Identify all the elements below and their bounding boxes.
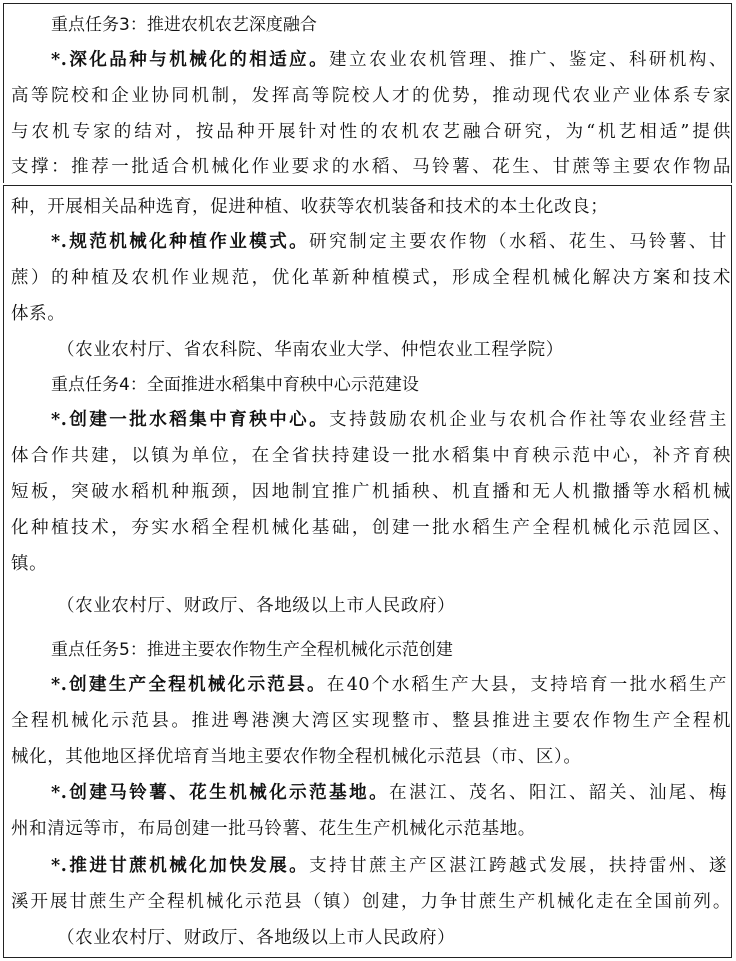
task4-responsible: （农业农村厅、财政厅、各地级以上市人民政府）: [57, 594, 455, 618]
item1-text: 建立农业农机管理、推广、鉴定、科研机构、: [329, 50, 727, 70]
item6-line2: 溪开展甘蔗生产全程机械化示范县（镇）创建，力争甘蔗生产机械化走在全国前列。: [11, 890, 731, 914]
item2-title: *.规范机械化种植作业模式。: [51, 232, 309, 252]
item2-first-line: *.规范机械化种植作业模式。研究制定主要农作物（水稻、花生、马铃薯、甘: [51, 230, 727, 254]
item5-title: *.创建马铃薯、花生机械化示范基地。: [51, 783, 389, 803]
text-box-lower: 种，开展相关品种选育，促进种植、收获等农机装备和技术的本土化改良； *.规范机械…: [3, 185, 732, 958]
task5-responsible: （农业农村厅、财政厅、各地级以上市人民政府）: [57, 926, 455, 950]
item1-first-line: *.深化品种与机械化的相适应。建立农业农机管理、推广、鉴定、科研机构、: [51, 48, 727, 72]
task4-heading: 重点任务4：全面推进水稻集中育秧中心示范建设: [51, 373, 419, 397]
item4-line2: 全程机械化示范县。推进粤港澳大湾区实现整市、整县推进主要农作物生产全程机: [11, 709, 731, 733]
item1-line2: 高等院校和企业协同机制，发挥高等院校人才的优势，推动现代农业产业体系专家: [11, 84, 731, 108]
item2-text: 研究制定主要农作物（水稻、花生、马铃薯、甘: [309, 232, 727, 252]
item5-text: 在湛江、茂名、阳江、韶关、汕尾、梅: [389, 783, 727, 803]
item2-line3: 体系。: [11, 302, 65, 326]
text-box-upper: 重点任务3：推进农机农艺深度融合 *.深化品种与机械化的相适应。建立农业农机管理…: [3, 3, 732, 183]
item5-first-line: *.创建马铃薯、花生机械化示范基地。在湛江、茂名、阳江、韶关、汕尾、梅: [51, 781, 727, 805]
task3-responsible: （农业农村厅、省农科院、华南农业大学、仲恺农业工程学院）: [57, 338, 564, 362]
item5-line2: 州和清远等市，布局创建一批马铃薯、花生生产机械化示范基地。: [11, 817, 536, 841]
item6-text: 支持甘蔗主产区湛江跨越式发展，扶持雷州、遂: [309, 856, 727, 876]
item4-title: *.创建生产全程机械化示范县。: [51, 675, 327, 695]
item3-first-line: *.创建一批水稻集中育秧中心。支持鼓励农机企业与农机合作社等农业经营主: [51, 408, 727, 432]
item2-line2: 蔗）的种植及农机作业规范，优化革新种植模式，形成全程机械化解决方案和技术: [11, 266, 731, 290]
task3-heading: 重点任务3：推进农机农艺深度融合: [51, 13, 317, 37]
item1-title: *.深化品种与机械化的相适应。: [51, 50, 329, 70]
item3-line3: 短板，突破水稻机种瓶颈，因地制宜推广机插秧、机直播和无人机撒播等水稻机械: [11, 480, 731, 504]
item3-title: *.创建一批水稻集中育秧中心。: [51, 410, 329, 430]
item3-text: 支持鼓励农机企业与农机合作社等农业经营主: [329, 410, 727, 430]
item3-line2: 体合作共建，以镇为单位，在全省扶持建设一批水稻集中育秧示范中心，补齐育秧: [11, 444, 731, 468]
item4-first-line: *.创建生产全程机械化示范县。在40个水稻生产大县，支持培育一批水稻生产: [51, 673, 727, 697]
item1-line4: 支撑：推荐一批适合机械化作业要求的水稻、马铃薯、花生、甘蔗等主要农作物品: [11, 155, 731, 179]
item3-line5: 镇。: [11, 552, 47, 576]
item6-title: *.推进甘蔗机械化加快发展。: [51, 856, 309, 876]
item4-line3: 械化，其他地区择优培育当地主要农作物全程机械化示范县（市、区）。: [11, 745, 581, 769]
item3-line4: 化种植技术，夯实水稻全程机械化基础，创建一批水稻生产全程机械化示范园区、: [11, 516, 731, 540]
item1-line5: 种，开展相关品种选育，促进种植、收获等农机装备和技术的本土化改良；: [11, 195, 608, 219]
item1-line3: 与农机专家的结对，按品种开展针对性的农机农艺融合研究，为“机艺相适”提供: [11, 120, 731, 144]
task5-heading: 重点任务5：推进主要农作物生产全程机械化示范创建: [51, 638, 453, 662]
item6-first-line: *.推进甘蔗机械化加快发展。支持甘蔗主产区湛江跨越式发展，扶持雷州、遂: [51, 854, 727, 878]
item4-text: 在40个水稻生产大县，支持培育一批水稻生产: [327, 675, 727, 695]
